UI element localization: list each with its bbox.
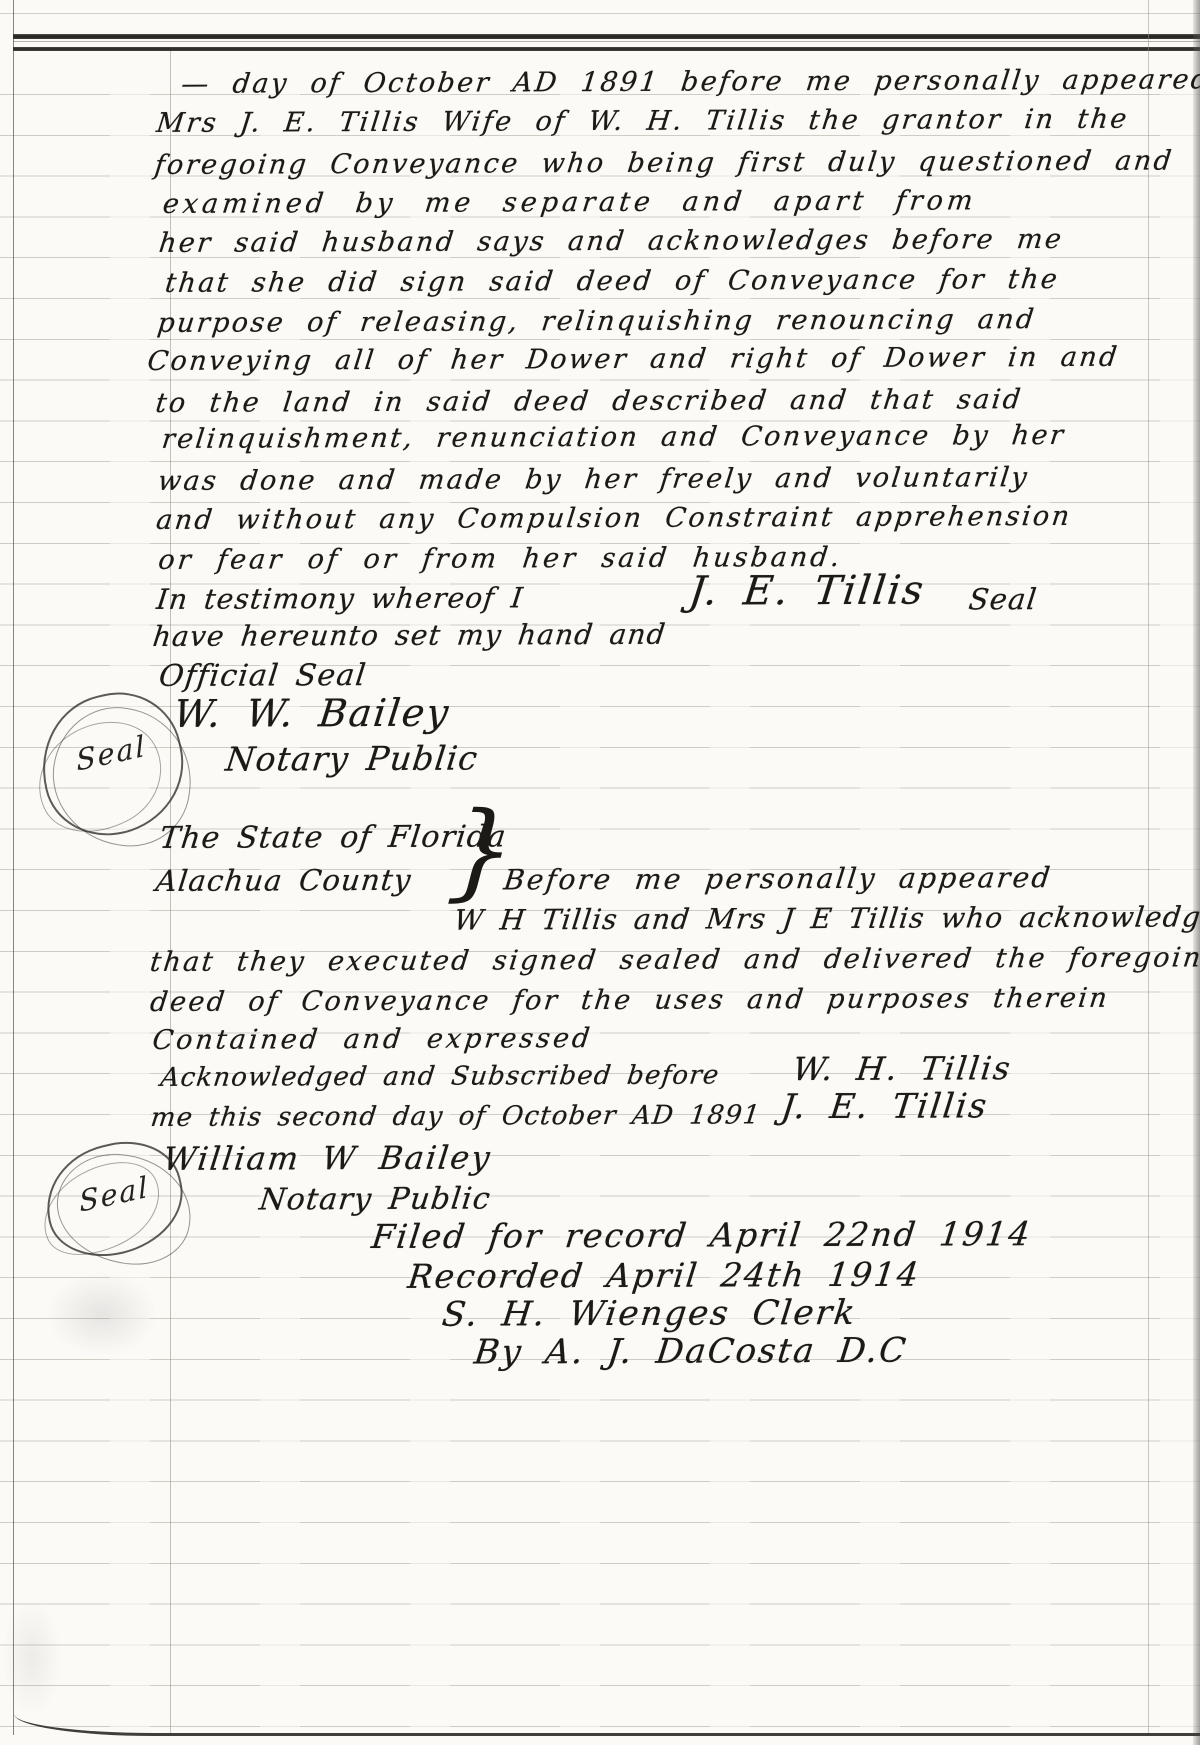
joint-ack-line-2: W H Tillis and Mrs J E Tillis who acknow… xyxy=(452,902,1200,936)
handwritten-ink-layer: — day of October AD 1891 before me perso… xyxy=(0,0,1200,1745)
deed-text-line-4: examined by me separate and apart from xyxy=(161,186,978,219)
deed-text-line-10: relinquishment, renunciation and Conveya… xyxy=(160,421,1067,455)
deed-record-page: — day of October AD 1891 before me perso… xyxy=(0,0,1200,1745)
joint-ack-line-1: Before me personally appeared xyxy=(502,863,1054,896)
deed-text-line-2: Mrs J. E. Tillis Wife of W. H. Tillis th… xyxy=(155,105,1131,139)
testimony-line-2: have hereunto set my hand and xyxy=(151,620,668,653)
county-caption: Alachua County xyxy=(154,865,413,898)
recorded-line: Recorded April 24th 1914 xyxy=(406,1257,922,1296)
notary-title-2: Notary Public xyxy=(257,1182,492,1216)
notary-signature-bailey: W. W. Bailey xyxy=(171,693,452,736)
deed-text-line-11: was done and made by her freely and volu… xyxy=(156,463,1030,497)
notary-title-1: Notary Public xyxy=(224,741,481,778)
deed-text-line-8: Conveying all of her Dower and right of … xyxy=(146,343,1121,377)
margin-seal-scribble-2: Seal xyxy=(45,1144,183,1255)
signature-je-tillis-2: J. E. Tillis xyxy=(779,1088,990,1126)
deed-text-line-12: and without any Compulsion Constraint ap… xyxy=(155,502,1074,536)
joint-ack-line-3: that they executed signed sealed and del… xyxy=(148,943,1200,977)
deed-text-line-7: purpose of releasing, relinquishing reno… xyxy=(156,305,1038,339)
deed-text-line-5: her said husband says and acknowledges b… xyxy=(157,225,1065,259)
subscribed-line-1: Acknowledged and Subscribed before xyxy=(159,1061,721,1092)
grantor-signature-je-tillis: J. E. Tillis xyxy=(687,569,928,614)
testimony-line-1: In testimony whereof I xyxy=(155,583,525,615)
subscribed-line-2: me this second day of October AD 1891 xyxy=(149,1101,762,1132)
seal-word: Seal xyxy=(967,584,1039,616)
clerk-signature: S. H. Wienges Clerk xyxy=(440,1295,859,1334)
joint-ack-line-5: Contained and expressed xyxy=(151,1024,594,1056)
deed-text-line-1: — day of October AD 1891 before me perso… xyxy=(180,65,1200,99)
joint-ack-line-4: deed of Conveyance for the uses and purp… xyxy=(149,984,1111,1018)
notary-signature-william-bailey: William W Bailey xyxy=(161,1140,493,1177)
deputy-clerk-signature: By A. J. DaCosta D.C xyxy=(472,1333,909,1372)
margin-seal-scribble-1: Seal xyxy=(41,694,184,835)
deed-text-line-6: that she did sign said deed of Conveyanc… xyxy=(163,265,1061,299)
testimony-line-3: Official Seal xyxy=(157,659,368,693)
filed-for-record-line: Filed for record April 22nd 1914 xyxy=(370,1216,1034,1255)
deed-text-line-3: foregoing Conveyance who being first dul… xyxy=(153,146,1175,180)
deed-text-line-9: to the land in said deed described and t… xyxy=(154,385,1024,418)
signature-wh-tillis: W. H. Tillis xyxy=(791,1051,1014,1087)
